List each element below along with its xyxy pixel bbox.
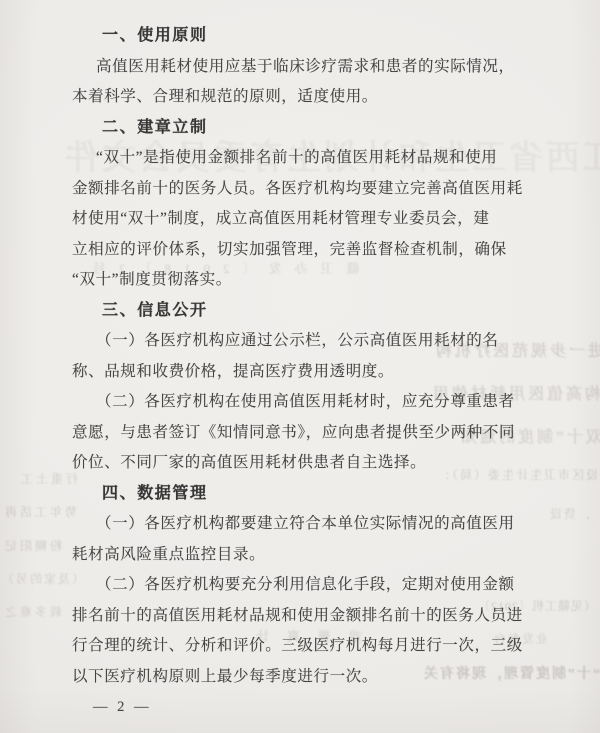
page-number: — 2 — (72, 692, 547, 723)
text-line: 以下医疗机构原则上最少每季度进行一次。 (72, 662, 547, 693)
text-line: “双十”制度贯彻落实。 (72, 265, 547, 296)
text-line: 材使用“双十”制度，成立高值医用耗材管理专业委员会，建 (72, 204, 547, 235)
section-heading: 三、信息公开 (72, 296, 547, 327)
section-heading: 四、数据管理 (72, 479, 547, 510)
bleedthrough-text: ，贷设 (548, 505, 590, 522)
text-line: 行合理的统计、分析和评价。三级医疗机构每月进行一次，三级 (72, 631, 547, 662)
document-body: 一、使用原则高值医用耗材使用应基于临床诊疗需求和患者的实际情况，本着科学、合理和… (72, 21, 547, 723)
text-line: 金额排名前十的医务人员。各医疗机构均要建立完善高值医用耗 (72, 174, 547, 205)
text-line: （二）各医疗机构在使用高值医用耗材时，应充分尊重患者 (72, 387, 547, 418)
section-heading: 二、建章立制 (72, 113, 547, 144)
text-line: （一）各医疗机构应通过公示栏，公示高值医用耗材的名 (72, 326, 547, 357)
text-line: 排名前十的高值医用耗材品规和使用金额排名前十的医务人员进 (72, 601, 547, 632)
text-line: （一）各医疗机构都要建立符合本单位实际情况的高值医用 (72, 509, 547, 540)
bleedthrough-text: 势年工活再 (2, 503, 77, 520)
bleedthrough-text: 行重土工 (18, 470, 78, 487)
bleedthrough-text: 载多难之 (2, 603, 62, 620)
text-line: 价位、不同厂家的高值医用耗材供患者自主选择。 (72, 448, 547, 479)
text-line: 本着科学、合理和规范的原则，适度使用。 (72, 82, 547, 113)
text-line: 意愿，与患者签订《知情同意书》，应向患者提供至少两种不同 (72, 418, 547, 449)
text-line: 称、品规和收费价格，提高医疗费用透明度。 (72, 357, 547, 388)
text-line: “双十”是指使用金额排名前十的高值医用耗材品规和使用 (72, 143, 547, 174)
text-line: 高值医用耗材使用应基于临床诊疗需求和患者的实际情况， (72, 52, 547, 83)
bleedthrough-text: 粉糊阳记 (2, 537, 62, 554)
text-line: （二）各医疗机构要充分利用信息化手段，定期对使用金额 (72, 570, 547, 601)
section-heading: 一、使用原则 (72, 21, 547, 52)
scanned-document-page: 江西省卫生和计划生育委员会文件赣卫办发〔2018〕2号关于进一步规范医疗机构医疗… (0, 0, 600, 733)
text-line: 耗材高风险重点监控目录。 (72, 540, 547, 571)
text-line: 立相应的评价体系，切实加强管理，完善监督检查机制，确保 (72, 235, 547, 266)
